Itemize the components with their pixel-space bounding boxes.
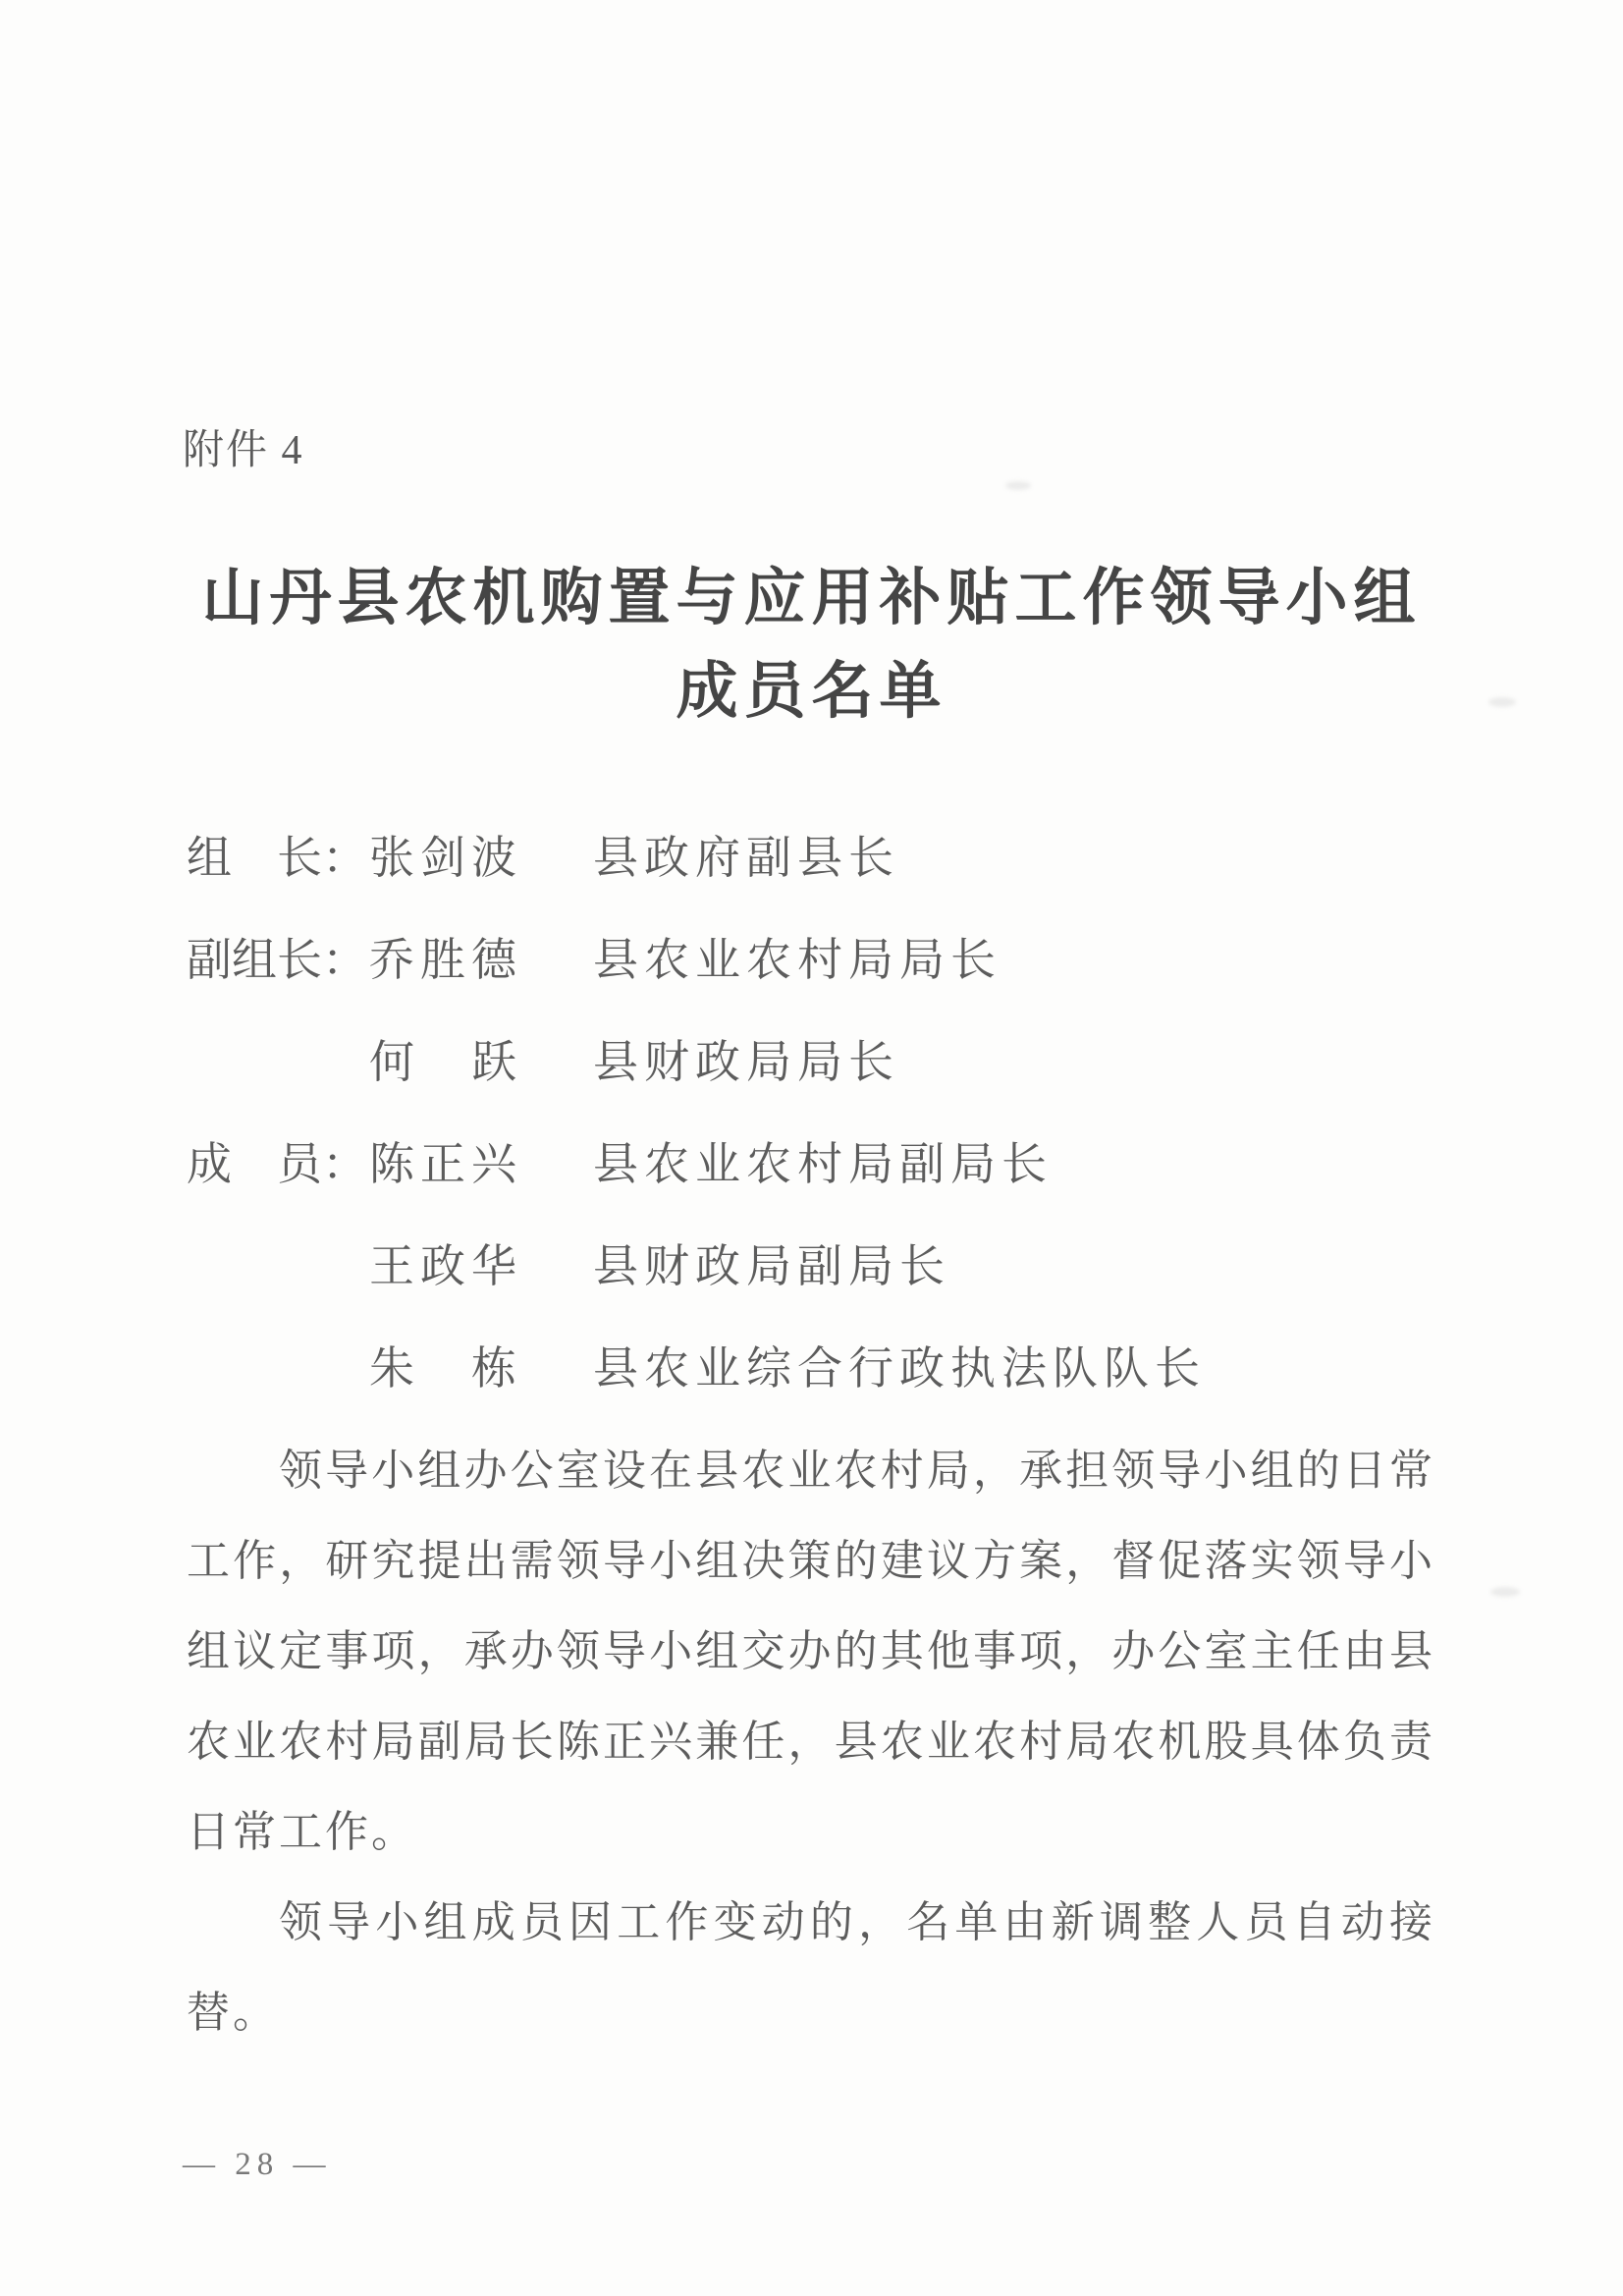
member-row: 王政华县财政局副局长 bbox=[187, 1216, 1463, 1318]
member-title: 县财政局副局长 bbox=[593, 1216, 950, 1318]
member-role: 成 员： bbox=[187, 1114, 369, 1216]
scan-artifact bbox=[1490, 1587, 1520, 1597]
member-row: 组 长：张剑波县政府副县长 bbox=[187, 807, 1463, 909]
member-title: 县农业农村局副局长 bbox=[593, 1114, 1053, 1216]
member-row: 朱 栋县农业综合行政执法队队长 bbox=[187, 1318, 1463, 1420]
member-row: 何 跃县财政局局长 bbox=[187, 1011, 1463, 1114]
document-page: 附件 4 山丹县农机购置与应用补贴工作领导小组 成员名单 组 长：张剑波县政府副… bbox=[0, 0, 1623, 2296]
member-name: 陈正兴 bbox=[369, 1114, 593, 1216]
member-name: 张剑波 bbox=[369, 807, 593, 909]
body-text: 领导小组办公室设在县农业农村局，承担领导小组的日常工作，研究提出需领导小组决策的… bbox=[187, 1426, 1435, 2058]
scan-artifact bbox=[1005, 481, 1031, 490]
title-line-1: 山丹县农机购置与应用补贴工作领导小组 bbox=[0, 552, 1623, 645]
document-title: 山丹县农机购置与应用补贴工作领导小组 成员名单 bbox=[0, 552, 1623, 738]
member-row: 副组长：乔胜德县农业农村局局长 bbox=[187, 909, 1463, 1011]
member-title: 县农业农村局局长 bbox=[593, 909, 1001, 1011]
member-name: 乔胜德 bbox=[369, 909, 593, 1011]
member-title: 县政府副县长 bbox=[593, 807, 899, 909]
body-paragraph-2: 领导小组成员因工作变动的，名单由新调整人员自动接替。 bbox=[187, 1878, 1435, 2058]
member-name: 王政华 bbox=[369, 1216, 593, 1318]
scan-artifact bbox=[1488, 697, 1516, 707]
member-role: 组 长： bbox=[187, 807, 369, 909]
member-name: 朱 栋 bbox=[369, 1318, 593, 1420]
body-paragraph-1: 领导小组办公室设在县农业农村局，承担领导小组的日常工作，研究提出需领导小组决策的… bbox=[187, 1426, 1435, 1878]
member-title: 县财政局局长 bbox=[593, 1011, 899, 1114]
attachment-label: 附件 4 bbox=[183, 417, 304, 476]
member-name: 何 跃 bbox=[369, 1011, 593, 1114]
member-role: 副组长： bbox=[187, 909, 369, 1011]
page-number: — 28 — bbox=[183, 2147, 332, 2183]
member-row: 成 员：陈正兴县农业农村局副局长 bbox=[187, 1114, 1463, 1216]
member-title: 县农业综合行政执法队队长 bbox=[593, 1318, 1206, 1420]
title-line-2: 成员名单 bbox=[0, 645, 1623, 738]
member-list: 组 长：张剑波县政府副县长 副组长：乔胜德县农业农村局局长 何 跃县财政局局长 … bbox=[187, 807, 1463, 1420]
